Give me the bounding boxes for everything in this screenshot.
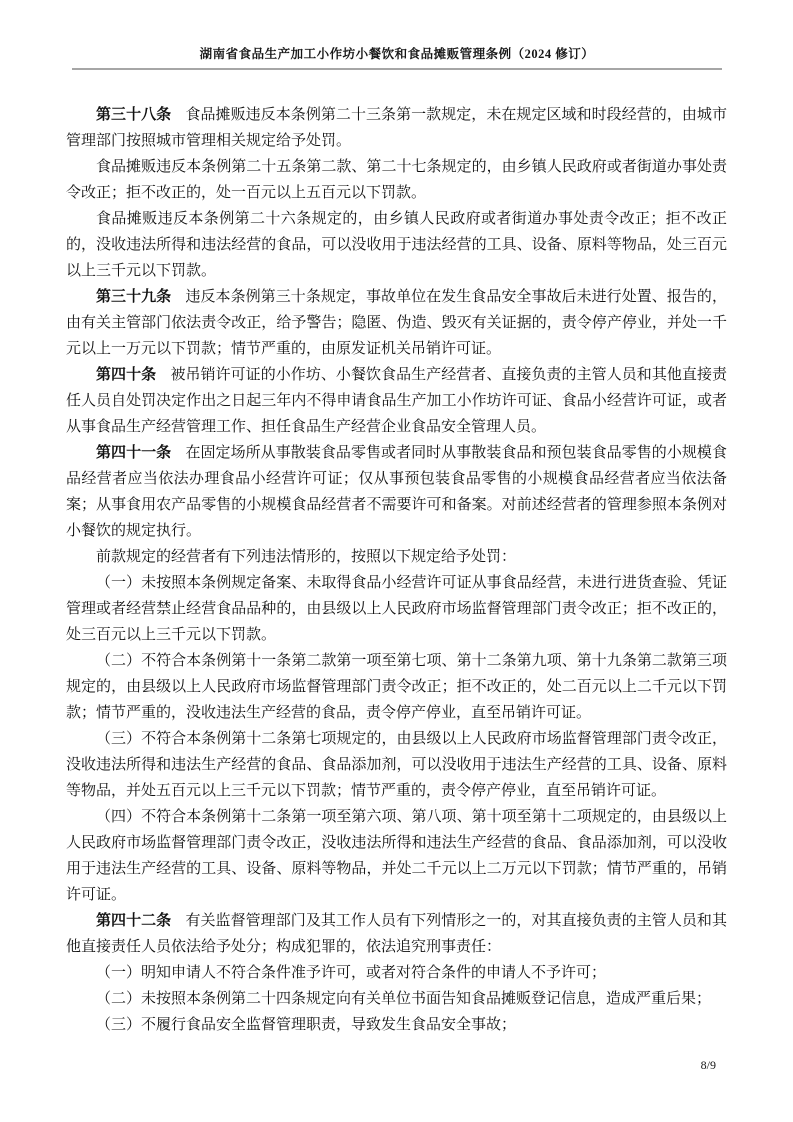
paragraph-text: （三）不履行食品安全监督管理职责，导致发生食品安全事故； <box>96 1017 516 1033</box>
article-41-item-2: （二）不符合本条例第十一条第二款第一项至第七项、第十二条第九项、第十九条第二款第… <box>66 648 727 726</box>
paragraph-text: （三）不符合本条例第十二条第七项规定的，由县级以上人民政府市场监督管理部门责令改… <box>66 731 727 799</box>
page-number: 8/9 <box>701 1058 716 1072</box>
paragraph-text: （四）不符合本条例第十二条第一项至第六项、第八项、第十项至第十二项规定的，由县级… <box>66 809 727 903</box>
article-41-paragraph-2: 前款规定的经营者有下列违法情形的，按照以下规定给予处罚： <box>66 544 727 570</box>
article-41-item-3: （三）不符合本条例第十二条第七项规定的，由县级以上人民政府市场监督管理部门责令改… <box>66 726 727 804</box>
article-42-item-2: （二）未按照本条例第二十四条规定向有关单位书面告知食品摊贩登记信息，造成严重后果… <box>66 986 727 1012</box>
document-title: 湖南省食品生产加工小作坊小餐饮和食品摊贩管理条例（2024 修订） <box>72 46 722 62</box>
article-number: 第三十八条 <box>96 107 185 123</box>
paragraph-text: 食品摊贩违反本条例第二十五条第二款、第二十七条规定的，由乡镇人民政府或者街道办事… <box>66 159 727 201</box>
article-41-item-4: （四）不符合本条例第十二条第一项至第六项、第八项、第十项至第十二项规定的，由县级… <box>66 804 727 908</box>
article-39-paragraph: 第三十九条违反本条例第三十条规定，事故单位在发生食品安全事故后未进行处置、报告的… <box>66 284 727 362</box>
paragraph-text: （一）明知申请人不符合条件准予许可，或者对符合条件的申请人不予许可； <box>96 965 606 981</box>
article-number: 第四十条 <box>96 367 170 383</box>
article-number: 第四十二条 <box>96 913 185 929</box>
article-42-item-3: （三）不履行食品安全监督管理职责，导致发生食品安全事故； <box>66 1012 727 1038</box>
document-body: 第三十八条食品摊贩违反本条例第二十三条第一款规定，未在规定区域和时段经营的，由城… <box>66 102 727 1038</box>
page-header: 湖南省食品生产加工小作坊小餐饮和食品摊贩管理条例（2024 修订） <box>72 46 722 70</box>
paragraph-text: 前款规定的经营者有下列违法情形的，按照以下规定给予处罚： <box>96 549 516 565</box>
article-42-item-1: （一）明知申请人不符合条件准予许可，或者对符合条件的申请人不予许可； <box>66 960 727 986</box>
article-41-item-1: （一）未按照本条例规定备案、未取得食品小经营许可证从事食品经营，未进行进货查验、… <box>66 570 727 648</box>
paragraph-text: （一）未按照本条例规定备案、未取得食品小经营许可证从事食品经营，未进行进货查验、… <box>66 575 727 643</box>
article-38-paragraph-1: 第三十八条食品摊贩违反本条例第二十三条第一款规定，未在规定区域和时段经营的，由城… <box>66 102 727 154</box>
header-divider <box>72 68 722 70</box>
document-page: 湖南省食品生产加工小作坊小餐饮和食品摊贩管理条例（2024 修订） 第三十八条食… <box>0 0 793 1122</box>
paragraph-text: 食品摊贩违反本条例第二十六条规定的，由乡镇人民政府或者街道办事处责令改正；拒不改… <box>66 211 727 279</box>
page-footer: 8/9 <box>66 1058 716 1073</box>
article-number: 第三十九条 <box>96 289 185 305</box>
article-40-paragraph: 第四十条被吊销许可证的小作坊、小餐饮食品生产经营者、直接负责的主管人员和其他直接… <box>66 362 727 440</box>
article-38-paragraph-3: 食品摊贩违反本条例第二十六条规定的，由乡镇人民政府或者街道办事处责令改正；拒不改… <box>66 206 727 284</box>
article-41-paragraph-1: 第四十一条在固定场所从事散装食品零售或者同时从事散装食品和预包装食品零售的小规模… <box>66 440 727 544</box>
article-38-paragraph-2: 食品摊贩违反本条例第二十五条第二款、第二十七条规定的，由乡镇人民政府或者街道办事… <box>66 154 727 206</box>
article-42-paragraph: 第四十二条有关监督管理部门及其工作人员有下列情形之一的，对其直接负责的主管人员和… <box>66 908 727 960</box>
paragraph-text: （二）不符合本条例第十一条第二款第一项至第七项、第十二条第九项、第十九条第二款第… <box>66 653 727 721</box>
paragraph-text: （二）未按照本条例第二十四条规定向有关单位书面告知食品摊贩登记信息，造成严重后果… <box>96 991 711 1007</box>
article-number: 第四十一条 <box>96 445 185 461</box>
